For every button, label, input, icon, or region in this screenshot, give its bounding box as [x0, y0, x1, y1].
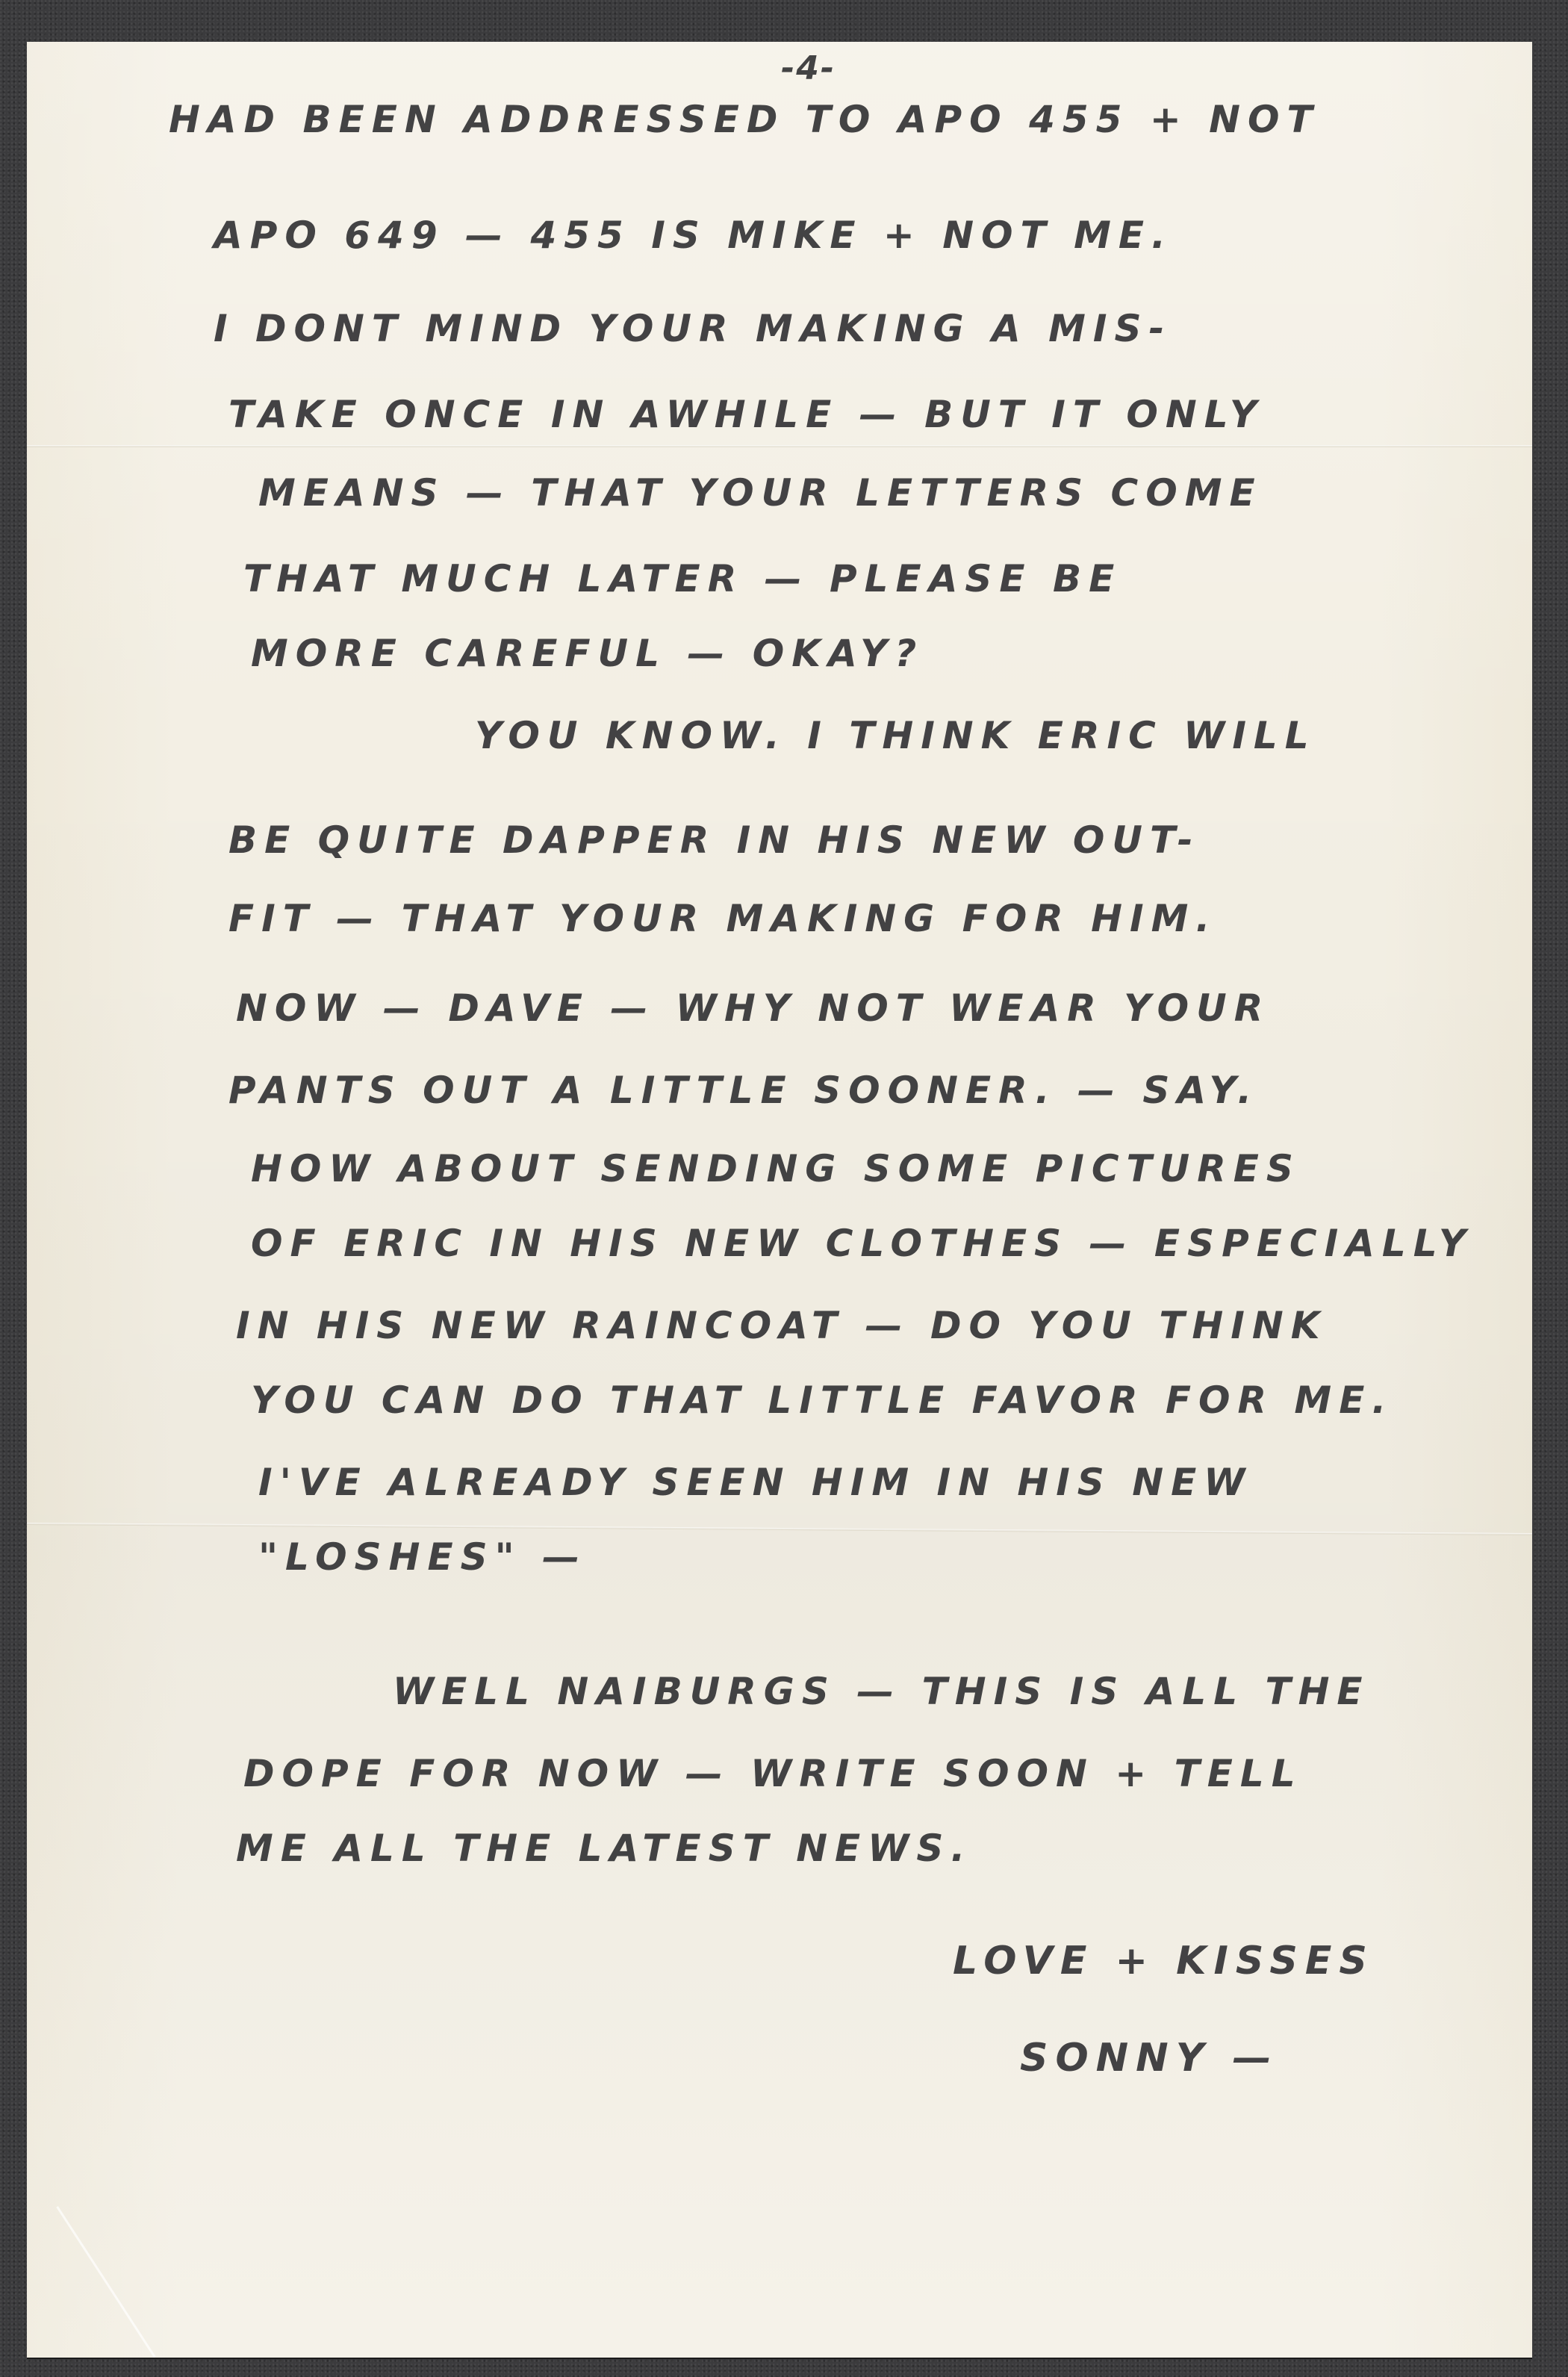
letter-line: be quite dapper in his new out-: [228, 818, 1201, 862]
page-number: -4-: [781, 49, 836, 87]
letter-line: Well Naiburgs — this is all the: [393, 1670, 1370, 1713]
corner-crease: [56, 2206, 155, 2358]
letter-line: in his new raincoat — Do you think: [236, 1304, 1327, 1347]
letter-line: Now — Dave — why not wear your: [236, 986, 1270, 1030]
letter-line: me all the latest news.: [236, 1827, 972, 1870]
letter-closing: Love + Kisses: [953, 1939, 1375, 1983]
letter-line: you can do that little favor for me.: [251, 1379, 1393, 1422]
letter-line: means — that your letters come: [258, 471, 1263, 515]
letter-line: fit — that your making for him.: [228, 897, 1217, 940]
paper-fold-crease: [27, 1523, 1532, 1535]
letter-line: of Eric in his new clothes — Especially: [251, 1222, 1473, 1265]
letter-line: take once in awhile — but it only: [228, 393, 1264, 436]
letter-line: Had been addressed to APO 455 + not: [169, 98, 1320, 141]
letter-line: dope for now — Write soon + tell: [243, 1752, 1303, 1795]
letter-line: You know. I think Eric will: [475, 714, 1316, 757]
letter-line: APO 649 — 455 is Mike + not me.: [214, 214, 1173, 257]
letter-line: I've already seen him in his new: [258, 1461, 1252, 1504]
paper-fold-crease: [27, 445, 1532, 447]
letter-line: "Loshes" —: [258, 1535, 587, 1579]
letter-line: that much later — Please be: [243, 557, 1121, 600]
letter-page: -4- Had been addressed to APO 455 + not …: [27, 42, 1532, 2358]
letter-line: I dont mind your making a mis-: [214, 307, 1172, 350]
letter-line: pants out a little sooner. — Say.: [228, 1069, 1259, 1112]
letter-line: How about sending some pictures: [251, 1147, 1301, 1190]
letter-line: more careful — Okay?: [251, 632, 924, 675]
letter-signature: Sonny —: [1020, 2036, 1278, 2081]
